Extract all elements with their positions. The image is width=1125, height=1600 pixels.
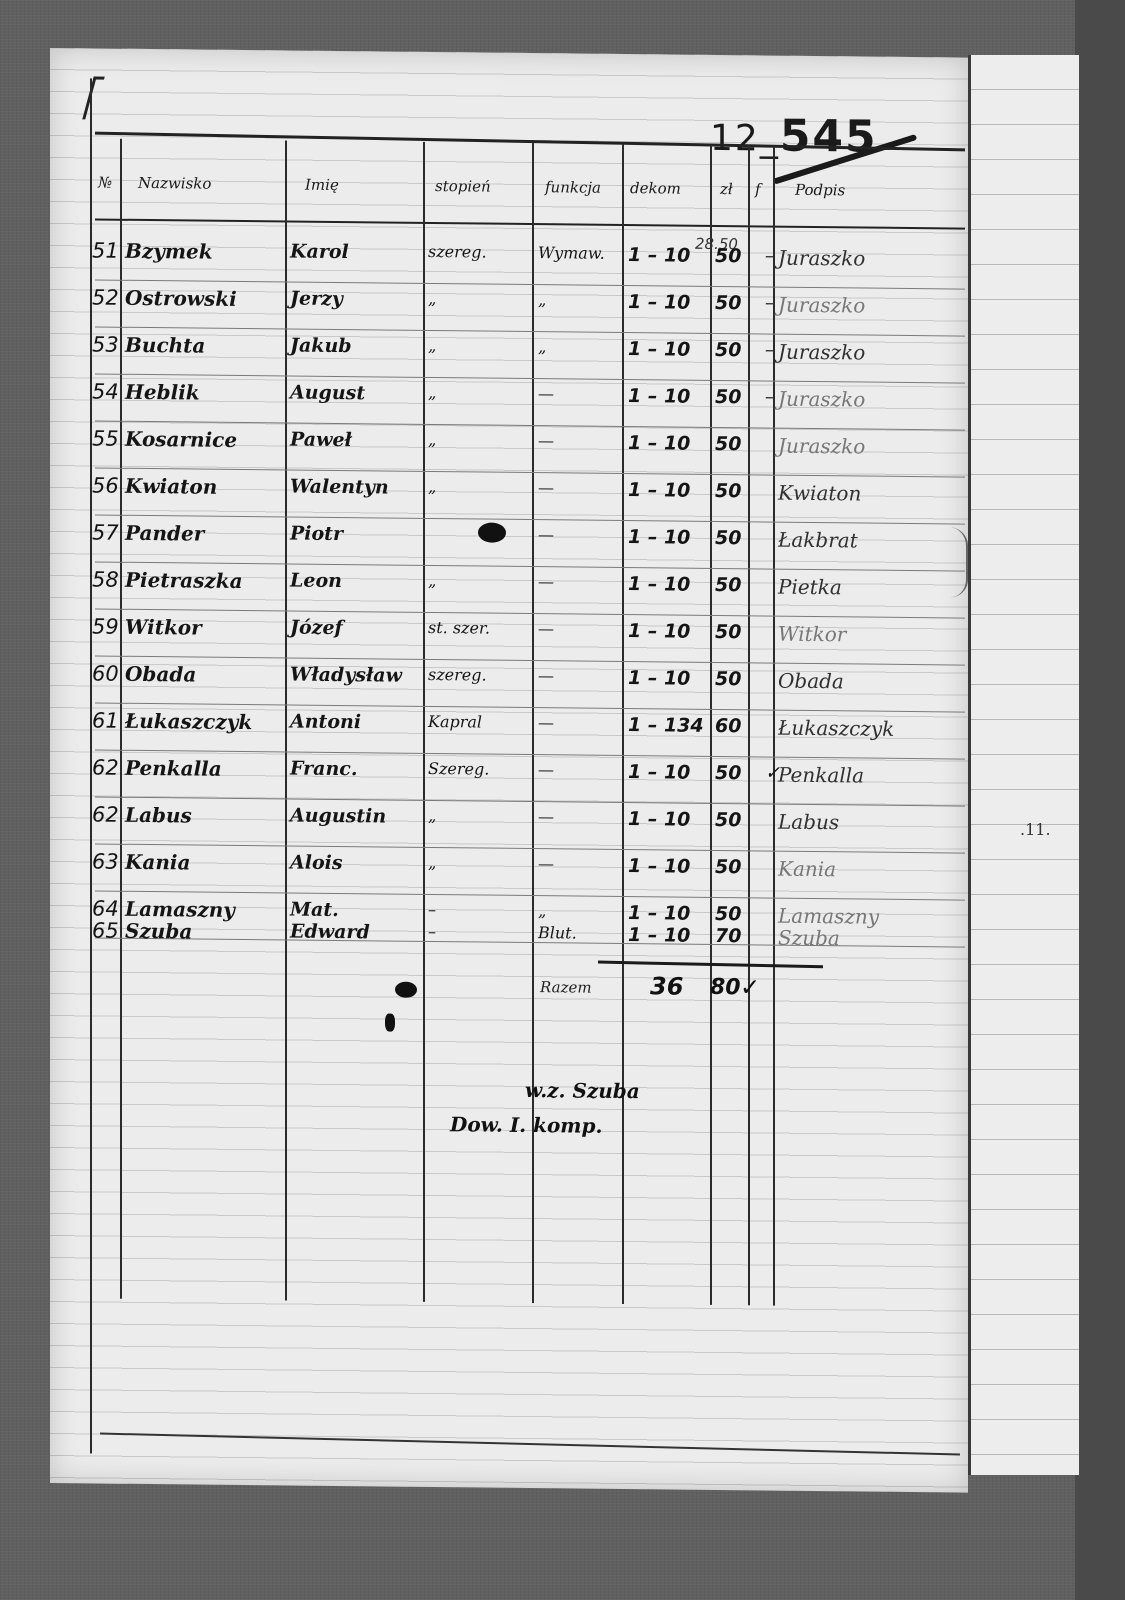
first-name: Władysław	[290, 664, 402, 687]
cents: 50	[715, 762, 741, 784]
first-name: Karol	[290, 241, 349, 264]
ledger-row: 55 Kosarnice Paweł „ — 1 – 10 50 Juraszk…	[50, 426, 968, 482]
ledger-row: 60 Obada Władysław szereg. — 1 – 10 50 O…	[50, 661, 968, 717]
surname: Buchta	[125, 333, 205, 358]
row-number: 57	[92, 520, 119, 544]
f-mark: –	[765, 245, 774, 266]
signature: Juraszko	[778, 246, 865, 271]
signature: Kwiaton	[778, 481, 861, 506]
ledger-row: 62 Penkalla Franc. Szereg. — 1 – 10 50 ✓…	[50, 755, 968, 811]
cents: 60	[715, 715, 741, 737]
signature: Labus	[778, 810, 839, 835]
first-name: Jakub	[290, 335, 352, 358]
cents: 50	[715, 480, 741, 502]
amount: 1 – 10	[628, 667, 690, 690]
function: —	[538, 525, 554, 544]
signature: Łakbrat	[778, 528, 858, 553]
header-function: funkcja	[545, 178, 601, 197]
cents: 50	[715, 292, 741, 314]
signature: Szuba	[778, 926, 840, 951]
row-number: 60	[92, 661, 119, 685]
row-number: 52	[92, 285, 119, 309]
amount: 1 – 10	[628, 620, 690, 643]
signature: Penkalla	[778, 763, 864, 788]
rank: szereg.	[428, 665, 487, 685]
surname: Witkor	[125, 615, 202, 640]
cents: 50	[715, 809, 741, 831]
cents: 50	[715, 903, 741, 925]
rank: Kapral	[428, 712, 482, 732]
amount: 1 – 10	[628, 855, 690, 878]
first-name: Augustin	[290, 805, 386, 828]
f-mark: –	[765, 292, 774, 313]
function: —	[538, 619, 554, 638]
rank: „	[428, 430, 436, 449]
function: Wymaw.	[538, 243, 605, 263]
first-name: Mat.	[290, 899, 339, 922]
ledger-row: 62 Labus Augustin „ — 1 – 10 50 Labus	[50, 802, 968, 858]
amount: 1 – 10	[628, 244, 690, 267]
amount: 1 – 10	[628, 338, 690, 361]
ledger-row: 58 Pietraszka Leon „ — 1 – 10 50 Pietka	[50, 567, 968, 623]
rank: st. szer.	[428, 618, 490, 638]
surname: Penkalla	[125, 756, 222, 781]
rank: –	[428, 922, 436, 941]
first-name: Antoni	[290, 711, 361, 734]
row-number: 64	[92, 896, 119, 920]
first-name: Paweł	[290, 429, 352, 452]
header-signature: Podpis	[795, 181, 845, 200]
facing-page-mark: .11.	[1020, 820, 1051, 839]
surname: Ostrowski	[125, 286, 237, 311]
header-f: f	[755, 180, 761, 198]
page-bottom-edge	[100, 1433, 960, 1456]
facing-page-edge	[968, 55, 1079, 1475]
rank: Szereg.	[428, 759, 489, 779]
header-rank: stopień	[435, 177, 491, 196]
rank: „	[428, 477, 436, 496]
function: —	[538, 760, 554, 779]
total-cents: 80	[710, 975, 741, 1000]
function: —	[538, 807, 554, 826]
rank: –	[428, 900, 436, 919]
rank: „	[428, 336, 436, 355]
header-surname: Nazwisko	[138, 174, 211, 193]
first-name: Edward	[290, 921, 370, 944]
rank: „	[428, 289, 436, 308]
signature: Łukaszczyk	[778, 716, 894, 741]
first-name: Franc.	[290, 758, 357, 781]
signature: Kania	[778, 857, 836, 882]
total-label: Razem	[540, 978, 592, 997]
row-number: 58	[92, 567, 119, 591]
ledger-page: 12_545 № Nazwisko Imię stopień funkcja d…	[50, 48, 968, 1493]
header-zl: zł	[720, 180, 733, 198]
ledger-row: 51 Bzymek Karol szereg. Wymaw. 1 – 10 50…	[50, 238, 968, 294]
row-number: 54	[92, 379, 119, 403]
rank: „	[428, 383, 436, 402]
function: „	[538, 337, 546, 356]
ledger-row: 54 Heblik August „ — 1 – 10 50 – Juraszk…	[50, 379, 968, 435]
ledger-row: 57 Pander Piotr — 1 – 10 50 Łakbrat	[50, 520, 968, 576]
header-amount: dekom	[630, 179, 681, 198]
surname: Kosarnice	[125, 427, 237, 452]
header-first-name: Imię	[305, 176, 339, 194]
scan-shadow	[1075, 0, 1125, 1600]
cents: 50	[715, 527, 741, 549]
function: —	[538, 713, 554, 732]
signature: Juraszko	[778, 340, 865, 365]
ledger-row: 53 Buchta Jakub „ „ 1 – 10 50 – Juraszko	[50, 332, 968, 388]
cents: 50	[715, 574, 741, 596]
rank: szereg.	[428, 242, 487, 262]
row-number: 51	[92, 238, 119, 262]
margin-bracket-mark	[950, 527, 968, 597]
surname: Pander	[125, 521, 204, 546]
first-name: Alois	[290, 852, 343, 875]
function: —	[538, 572, 554, 591]
amount: 1 – 10	[628, 385, 690, 408]
signature: Pietka	[778, 575, 842, 600]
header-no: №	[98, 174, 112, 192]
row-number: 56	[92, 473, 119, 497]
rank: „	[428, 806, 436, 825]
ledger-row: 65 Szuba Edward – Blut. 1 – 10 70 Szuba	[50, 918, 968, 974]
ink-blot	[395, 982, 417, 998]
cents: 70	[715, 925, 741, 947]
row-number: 62	[92, 802, 119, 826]
amount: 1 – 10	[628, 902, 690, 925]
ledger-row: 56 Kwiaton Walentyn „ — 1 – 10 50 Kwiato…	[50, 473, 968, 529]
first-name: Piotr	[290, 523, 343, 546]
f-mark: –	[765, 386, 774, 407]
surname: Pietraszka	[125, 568, 243, 593]
total-amount: 36	[650, 972, 683, 1000]
ledger-row: 52 Ostrowski Jerzy „ „ 1 – 10 50 – Juras…	[50, 285, 968, 341]
ink-blot	[385, 1014, 395, 1032]
surname: Obada	[125, 662, 196, 687]
cents: 50	[715, 339, 741, 361]
cents: 50	[715, 621, 741, 643]
first-name: Leon	[290, 570, 342, 593]
ledger-row: 63 Kania Alois „ — 1 – 10 50 Kania	[50, 849, 968, 905]
row-number: 61	[92, 708, 119, 732]
row-number: 55	[92, 426, 119, 450]
function: —	[538, 666, 554, 685]
first-name: August	[290, 382, 365, 405]
ink-blot	[478, 522, 506, 542]
footer-unit: Dow. I. komp.	[450, 1112, 602, 1138]
signature: Juraszko	[778, 293, 865, 318]
rank: „	[428, 853, 436, 872]
footer-signatory: w.z. Szuba	[525, 1078, 640, 1103]
surname: Kania	[125, 850, 190, 875]
signature: Witkor	[778, 622, 846, 647]
surname: Łukaszczyk	[125, 709, 252, 734]
surname: Labus	[125, 803, 192, 828]
amount: 1 – 10	[628, 526, 690, 549]
header-bottom-rule	[95, 218, 965, 229]
cents: 50	[715, 856, 741, 878]
function: „	[538, 290, 546, 309]
surname: Kwiaton	[125, 474, 217, 499]
function: —	[538, 384, 554, 403]
amount: 1 – 10	[628, 761, 690, 784]
function: —	[538, 854, 554, 873]
function: —	[538, 431, 554, 450]
amount: 1 – 10	[628, 808, 690, 831]
surname: Szuba	[125, 919, 192, 944]
surname: Heblik	[125, 380, 200, 405]
reference-prefix: 12	[710, 118, 760, 160]
cents: 50	[715, 433, 741, 455]
first-name: Walentyn	[290, 476, 389, 499]
rank: „	[428, 571, 436, 590]
ledger-row: 61 Łukaszczyk Antoni Kapral — 1 – 134 60…	[50, 708, 968, 764]
function: „	[538, 901, 546, 920]
signature: Juraszko	[778, 434, 865, 459]
cents: 50	[715, 668, 741, 690]
amount: 1 – 10	[628, 924, 690, 947]
function: Blut.	[538, 923, 577, 942]
cents: 50	[715, 245, 741, 267]
amount: 1 – 10	[628, 291, 690, 314]
surname: Bzymek	[125, 239, 213, 264]
f-mark: –	[765, 339, 774, 360]
row-number: 59	[92, 614, 119, 638]
cents: 50	[715, 386, 741, 408]
check-mark-icon: ✓	[740, 973, 760, 1001]
row-number: 62	[92, 755, 119, 779]
first-name: Jerzy	[290, 288, 343, 311]
amount: 1 – 10	[628, 479, 690, 502]
row-number: 63	[92, 849, 119, 873]
first-name: Józef	[290, 617, 343, 640]
amount: 1 – 10	[628, 573, 690, 596]
signature: Obada	[778, 669, 844, 694]
signature: Juraszko	[778, 387, 865, 412]
amount: 1 – 10	[628, 432, 690, 455]
row-number: 53	[92, 332, 119, 356]
binding-hook-mark	[82, 76, 105, 119]
function: —	[538, 478, 554, 497]
amount: 1 – 134	[628, 714, 704, 737]
ledger-row: 59 Witkor Józef st. szer. — 1 – 10 50 Wi…	[50, 614, 968, 670]
row-number: 65	[92, 918, 119, 942]
